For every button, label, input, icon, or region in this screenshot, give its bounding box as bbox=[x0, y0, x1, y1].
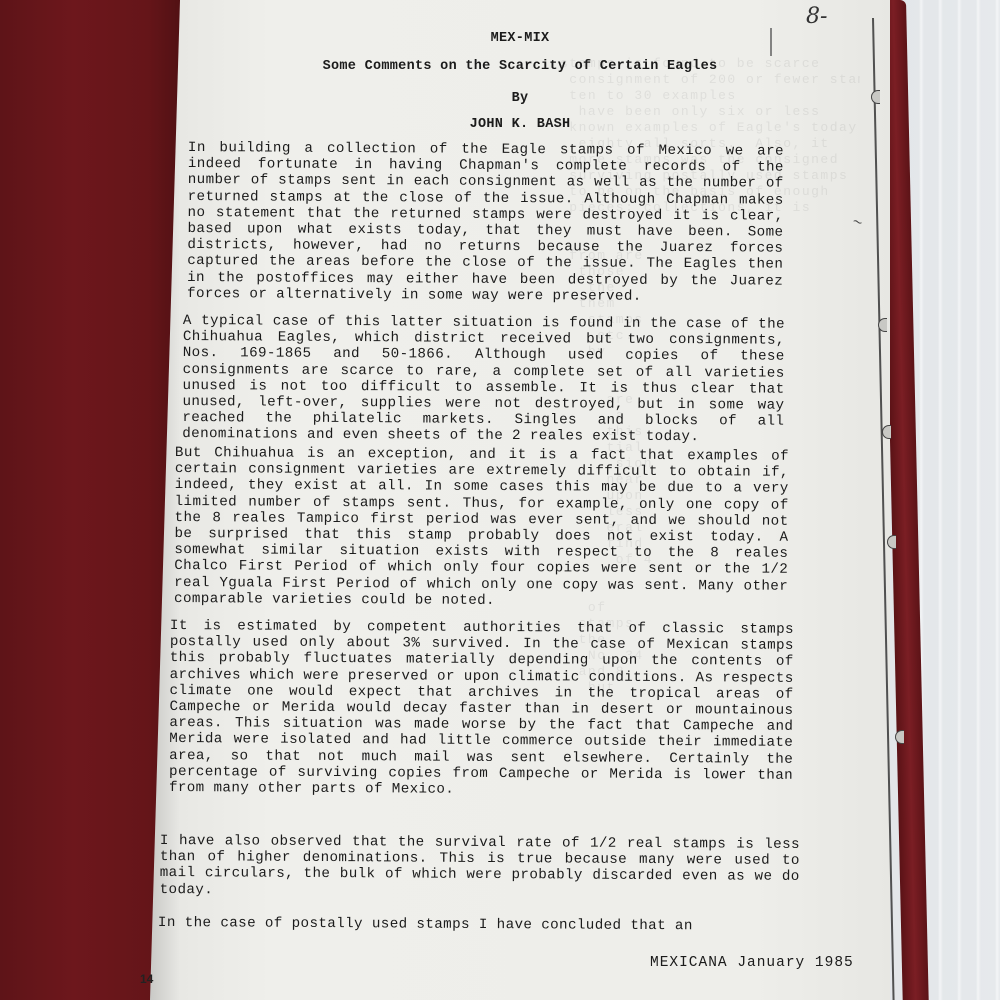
article-title: Some Comments on the Scarcity of Certain… bbox=[180, 59, 860, 74]
paragraph-postally-used: In the case of postally used stamps I ha… bbox=[158, 915, 798, 935]
handwritten-squiggle: ~ bbox=[850, 214, 865, 232]
paragraph-half-real: I have also observed that the survival r… bbox=[160, 833, 800, 902]
paragraph-intro: In building a collection of the Eagle st… bbox=[187, 140, 784, 306]
page-number: 14 bbox=[140, 972, 153, 986]
page-content: MEX-MIX Some Comments on the Scarcity of… bbox=[0, 0, 1000, 1000]
publication-footer: MEXICANA January 1985 bbox=[650, 955, 854, 971]
paragraph-chihuahua: A typical case of this latter situation … bbox=[182, 313, 785, 446]
author-name: JOHN K. BASH bbox=[180, 117, 860, 132]
handwritten-annotation: 8- bbox=[806, 4, 827, 29]
paragraph-exception: But Chihuahua is an exception, and it is… bbox=[174, 445, 789, 611]
paragraph-survival-estimate: It is estimated by competent authorities… bbox=[169, 618, 794, 800]
byline-label: By bbox=[180, 91, 860, 106]
column-title: MEX-MIX bbox=[180, 31, 860, 46]
